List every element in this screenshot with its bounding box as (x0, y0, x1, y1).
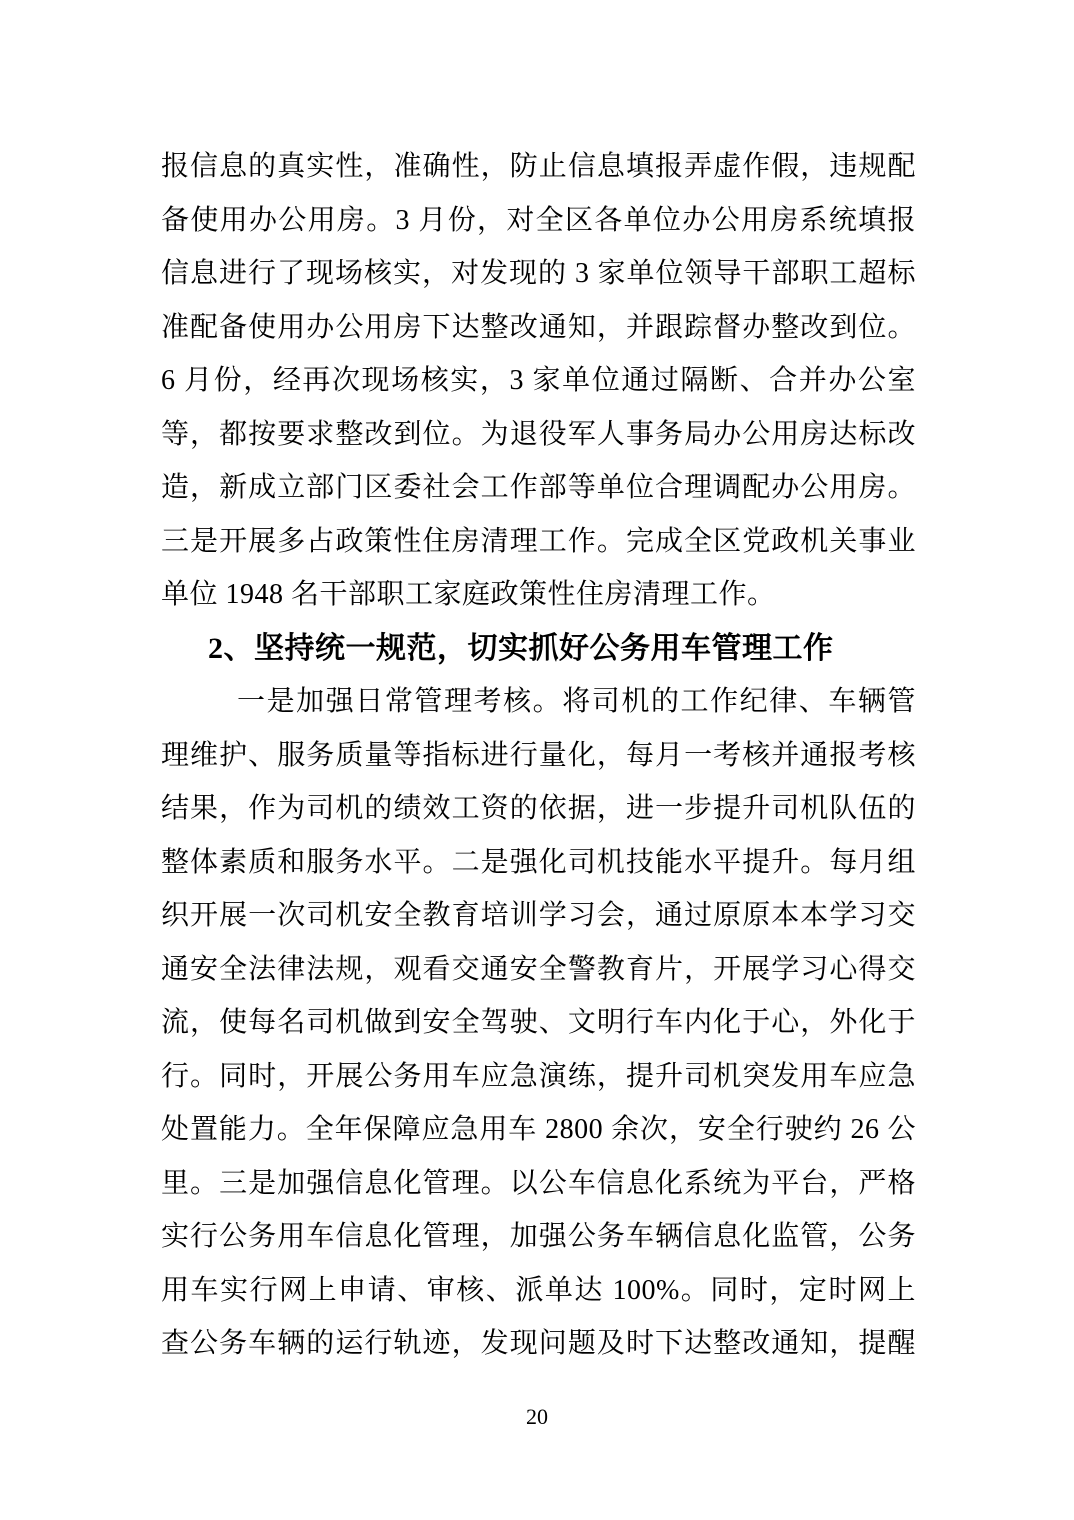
text-line: 信息进行了现场核实，对发现的 3 家单位领导干部职工超标 (161, 247, 916, 301)
text-line: 处置能力。全年保障应急用车 2800 余次，安全行驶约 26 公 (161, 1103, 916, 1157)
paragraph-2: 一是加强日常管理考核。将司机的工作纪律、车辆管理维护、服务质量等指标进行量化，每… (161, 675, 916, 1371)
text-line: 单位 1948 名干部职工家庭政策性住房清理工作。 (161, 568, 916, 622)
text-line: 等，都按要求整改到位。为退役军人事务局办公用房达标改 (161, 408, 916, 462)
text-line: 三是开展多占政策性住房清理工作。完成全区党政机关事业 (161, 515, 916, 569)
text-line: 准配备使用办公用房下达整改通知，并跟踪督办整改到位。 (161, 301, 916, 355)
text-line: 实行公务用车信息化管理，加强公务车辆信息化监管，公务 (161, 1210, 916, 1264)
text-line: 结果，作为司机的绩效工资的依据，进一步提升司机队伍的 (161, 782, 916, 836)
paragraph-1: 报信息的真实性，准确性，防止信息填报弄虚作假，违规配备使用办公用房。3 月份，对… (161, 140, 916, 622)
text-line: 查公务车辆的运行轨迹，发现问题及时下达整改通知，提醒 (161, 1317, 916, 1371)
text-line: 备使用办公用房。3 月份，对全区各单位办公用房系统填报 (161, 194, 916, 248)
text-line: 通安全法律法规，观看交通安全警教育片，开展学习心得交 (161, 943, 916, 997)
section-heading: 2、坚持统一规范，切实抓好公务用车管理工作 (161, 622, 916, 676)
document-page: 报信息的真实性，准确性，防止信息填报弄虚作假，违规配备使用办公用房。3 月份，对… (0, 0, 1074, 1520)
text-line: 织开展一次司机安全教育培训学习会，通过原原本本学习交 (161, 889, 916, 943)
text-line: 理维护、服务质量等指标进行量化，每月一考核并通报考核 (161, 729, 916, 783)
text-line: 里。三是加强信息化管理。以公车信息化系统为平台，严格 (161, 1157, 916, 1211)
text-line: 行。同时，开展公务用车应急演练，提升司机突发用车应急 (161, 1050, 916, 1104)
text-line: 用车实行网上申请、审核、派单达 100%。同时，定时网上抽 (161, 1264, 916, 1318)
text-line: 流，使每名司机做到安全驾驶、文明行车内化于心，外化于 (161, 996, 916, 1050)
text-line: 报信息的真实性，准确性，防止信息填报弄虚作假，违规配 (161, 140, 916, 194)
text-line: 造，新成立部门区委社会工作部等单位合理调配办公用房。 (161, 461, 916, 515)
page-number: 20 (0, 1402, 1074, 1432)
text-line: 一是加强日常管理考核。将司机的工作纪律、车辆管 (161, 675, 916, 729)
document-body: 报信息的真实性，准确性，防止信息填报弄虚作假，违规配备使用办公用房。3 月份，对… (161, 140, 916, 1371)
text-line: 6 月份，经再次现场核实，3 家单位通过隔断、合并办公室 (161, 354, 916, 408)
text-line: 整体素质和服务水平。二是强化司机技能水平提升。每月组 (161, 836, 916, 890)
